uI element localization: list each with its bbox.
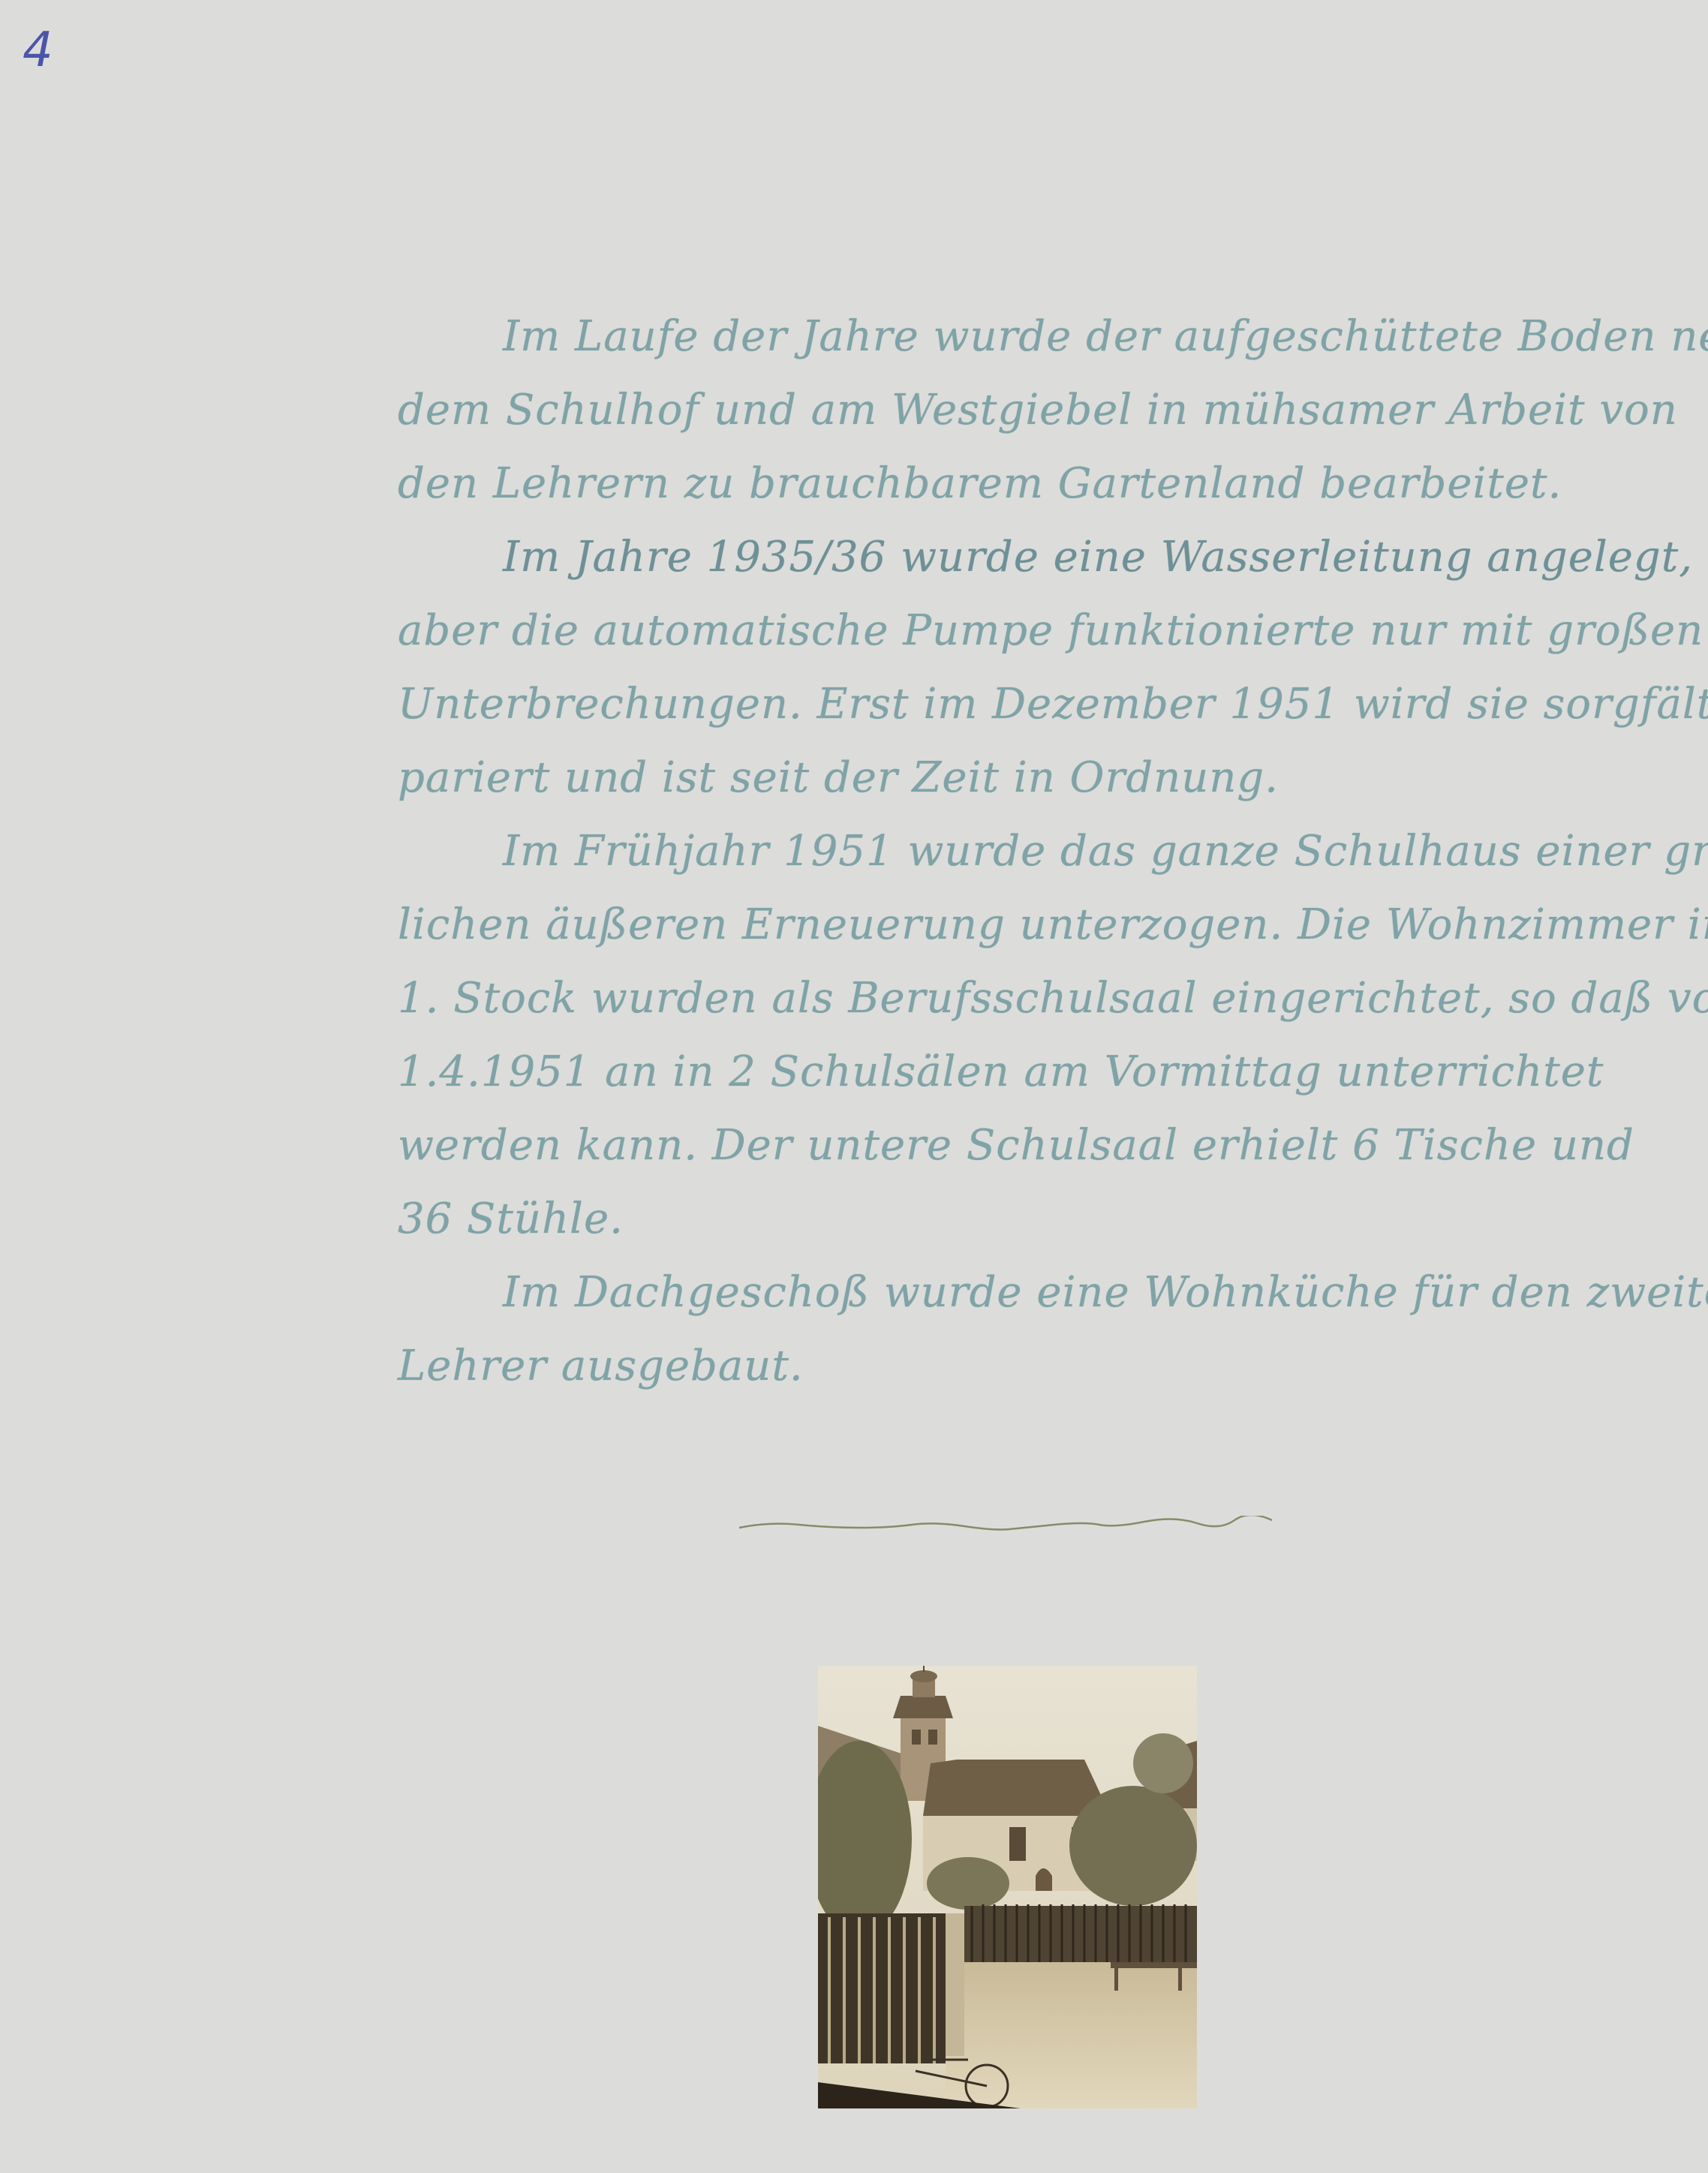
text-line: Im Frühjahr 1951 wurde das ganze Schulha… xyxy=(398,815,1621,888)
school-building-photo xyxy=(818,1666,1197,2108)
handwritten-text: Im Laufe der Jahre wurde der aufgeschütt… xyxy=(398,300,1621,1403)
wavy-divider-line xyxy=(739,1516,1272,1534)
text-line: 36 Stühle. xyxy=(398,1183,1621,1256)
text-line: den Lehrern zu brauchbarem Gartenland be… xyxy=(398,447,1621,521)
text-line: werden kann. Der untere Schulsaal erhiel… xyxy=(398,1109,1621,1183)
text-line: lichen äußeren Erneuerung unterzogen. Di… xyxy=(398,888,1621,962)
text-line: pariert und ist seit der Zeit in Ordnung… xyxy=(398,741,1621,815)
text-line: Lehrer ausgebaut. xyxy=(398,1330,1621,1403)
text-line: 1. Stock wurden als Berufsschulsaal eing… xyxy=(398,962,1621,1035)
page-number: 4 xyxy=(23,23,53,78)
text-line: Im Laufe der Jahre wurde der aufgeschütt… xyxy=(398,300,1621,374)
text-line: Im Dachgeschoß wurde eine Wohnküche für … xyxy=(398,1256,1621,1330)
text-line: Unterbrechungen. Erst im Dezember 1951 w… xyxy=(398,668,1621,741)
text-line: aber die automatische Pumpe funktioniert… xyxy=(398,594,1621,668)
text-line: Im Jahre 1935/36 wurde eine Wasserleitun… xyxy=(398,521,1621,594)
text-line: dem Schulhof und am Westgiebel in mühsam… xyxy=(398,374,1621,447)
text-line: 1.4.1951 an in 2 Schulsälen am Vormittag… xyxy=(398,1035,1621,1109)
